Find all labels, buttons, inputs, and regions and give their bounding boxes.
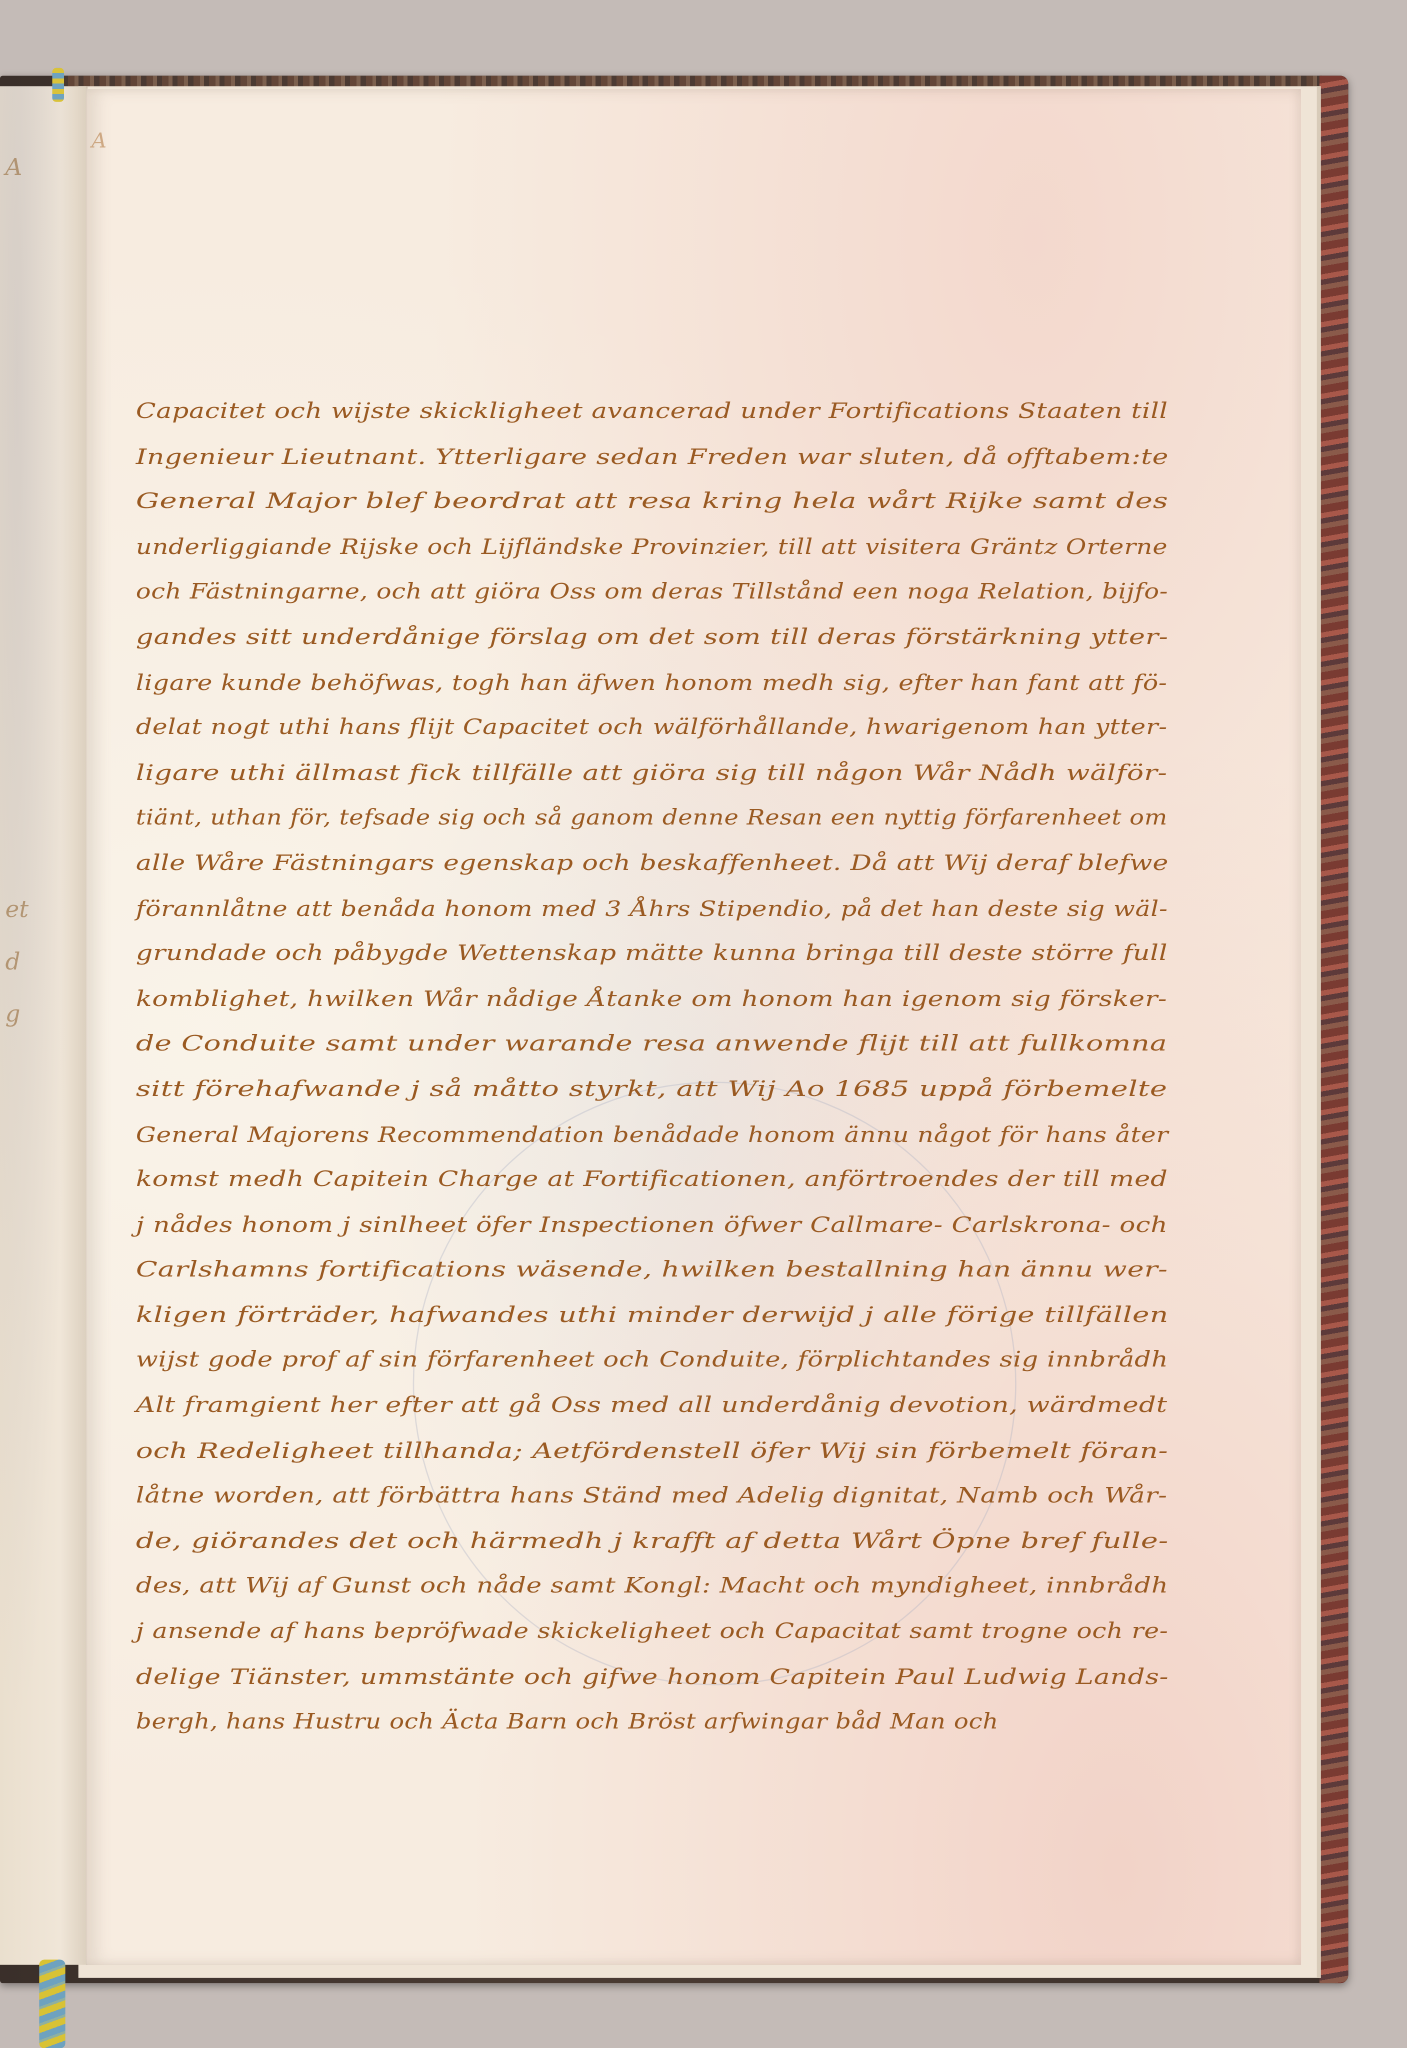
text-line: grundade och påbygde Wettenskap mätte ku… <box>136 932 1407 977</box>
text-line: bergh, hans Hustru och Äcta Barn och Brö… <box>136 1700 1313 1745</box>
text-line: gandes sitt underdånige förslag om det s… <box>136 615 1407 660</box>
text-line: j ansende af hans bepröfwade skickelighe… <box>136 1610 1365 1655</box>
text-line: tiänt, uthan för, tefsade sig och så gan… <box>136 796 1304 841</box>
book-scan: A et d g A Capacitet och wijste skicklig… <box>0 0 1407 2048</box>
bookmark-ribbon-bottom <box>39 1960 65 2048</box>
text-line: Alt framgient her efter att gå Oss med a… <box>136 1384 1407 1429</box>
text-line: kligen förträder, hafwandes uthi minder … <box>136 1293 1407 1338</box>
bookmark-ribbon-top <box>52 68 64 102</box>
text-line: ligare uthi ällmast fick tillfälle att g… <box>136 751 1407 796</box>
text-line: de Conduite samt under warande resa anwe… <box>136 1022 1407 1067</box>
text-line: och Redeligheet tillhanda; Aetfördenstel… <box>136 1429 1407 1474</box>
text-line: och Fästningarne, och att giöra Oss om d… <box>136 570 1341 615</box>
manuscript-text: Capacitet och wijste skickligheet avance… <box>136 389 1181 1745</box>
left-page-mark: et <box>5 896 28 923</box>
text-line: komblighet, hwilken Wår nådige Åtanke om… <box>136 977 1407 1022</box>
text-line: alle Wåre Fästningars egenskap och beska… <box>136 841 1407 886</box>
text-line: General Majorens Recommendation benådade… <box>136 1112 1356 1157</box>
text-line: Carlshamns fortifications wäsende, hwilk… <box>136 1248 1407 1293</box>
left-page-mark: g <box>5 1001 20 1028</box>
text-line: sitt förehafwande j så måtto styrkt, att… <box>136 1067 1407 1112</box>
left-page-mark: A <box>5 154 22 181</box>
text-line: ligare kunde behöfwas, togh han äfwen ho… <box>136 660 1368 705</box>
manuscript-page: A Capacitet och wijste skickligheet avan… <box>86 89 1301 1965</box>
page-corner-mark: A <box>91 128 106 153</box>
text-line: låtne worden, att förbättra hans Ständ m… <box>136 1474 1407 1519</box>
text-line: j nådes honom j sinlheet öfer Inspection… <box>136 1203 1407 1248</box>
text-line: Ingenieur Lieutnant. Ytterligare sedan F… <box>136 435 1407 480</box>
text-line: delige Tiänster, ummstänte och gifwe hon… <box>136 1655 1407 1700</box>
text-line: General Major blef beordrat att resa kri… <box>136 480 1407 525</box>
text-line: förannlåtne att benåda honom med 3 Åhrs … <box>136 886 1359 931</box>
text-line: underliggiande Rijske och Lijfländske Pr… <box>136 525 1343 570</box>
text-line: delat nogt uthi hans flijt Capacitet och… <box>136 706 1366 751</box>
left-page-mark: d <box>5 948 20 975</box>
text-line: komst medh Capitein Charge at Fortificat… <box>136 1158 1407 1203</box>
text-line: de, giörandes det och härmedh j krafft a… <box>136 1519 1407 1564</box>
text-line: wijst gode prof af sin förfarenheet och … <box>136 1338 1387 1383</box>
left-facing-page: A et d g <box>0 86 88 1965</box>
text-line: Capacitet och wijste skickligheet avance… <box>136 389 1400 434</box>
text-line: des, att Wij af Gunst och nåde samt Kong… <box>136 1564 1397 1609</box>
